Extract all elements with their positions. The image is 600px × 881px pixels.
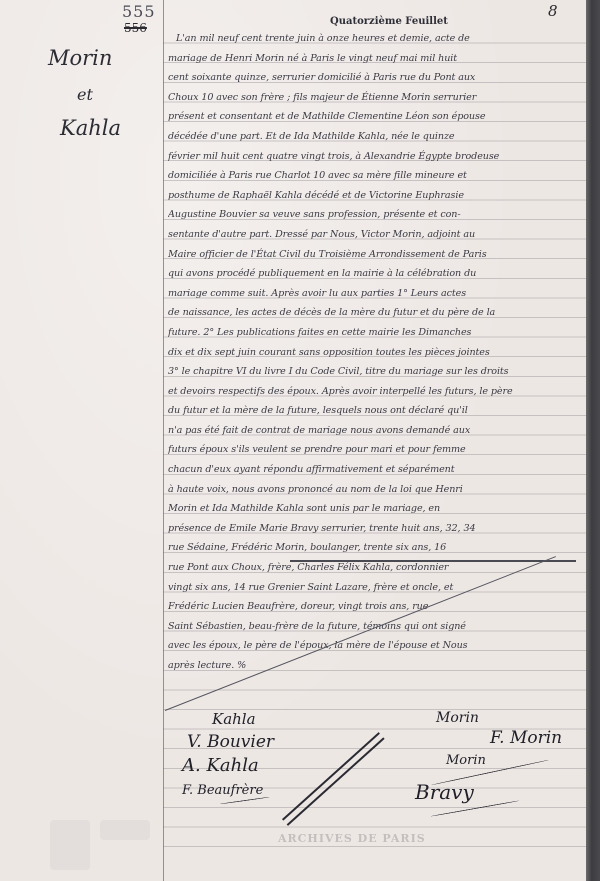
signature-block: Kahla V. Bouvier A. Kahla F. Beaufrère M… — [0, 0, 600, 881]
signature-morin-2: Morin — [446, 753, 486, 768]
signature-kahla: Kahla — [212, 710, 256, 728]
signature-morin: Morin — [436, 710, 479, 726]
signature-a-kahla: A. Kahla — [182, 755, 259, 776]
signature-bravy: Bravy — [415, 780, 474, 804]
signature-beaufrere: F. Beaufrère — [182, 783, 263, 798]
signature-f-morin: F. Morin — [490, 728, 562, 748]
signature-bouvier: V. Bouvier — [187, 732, 274, 752]
faint-archive-stamp: ARCHIVES DE PARIS — [278, 832, 426, 845]
officer-paraph — [282, 732, 385, 826]
